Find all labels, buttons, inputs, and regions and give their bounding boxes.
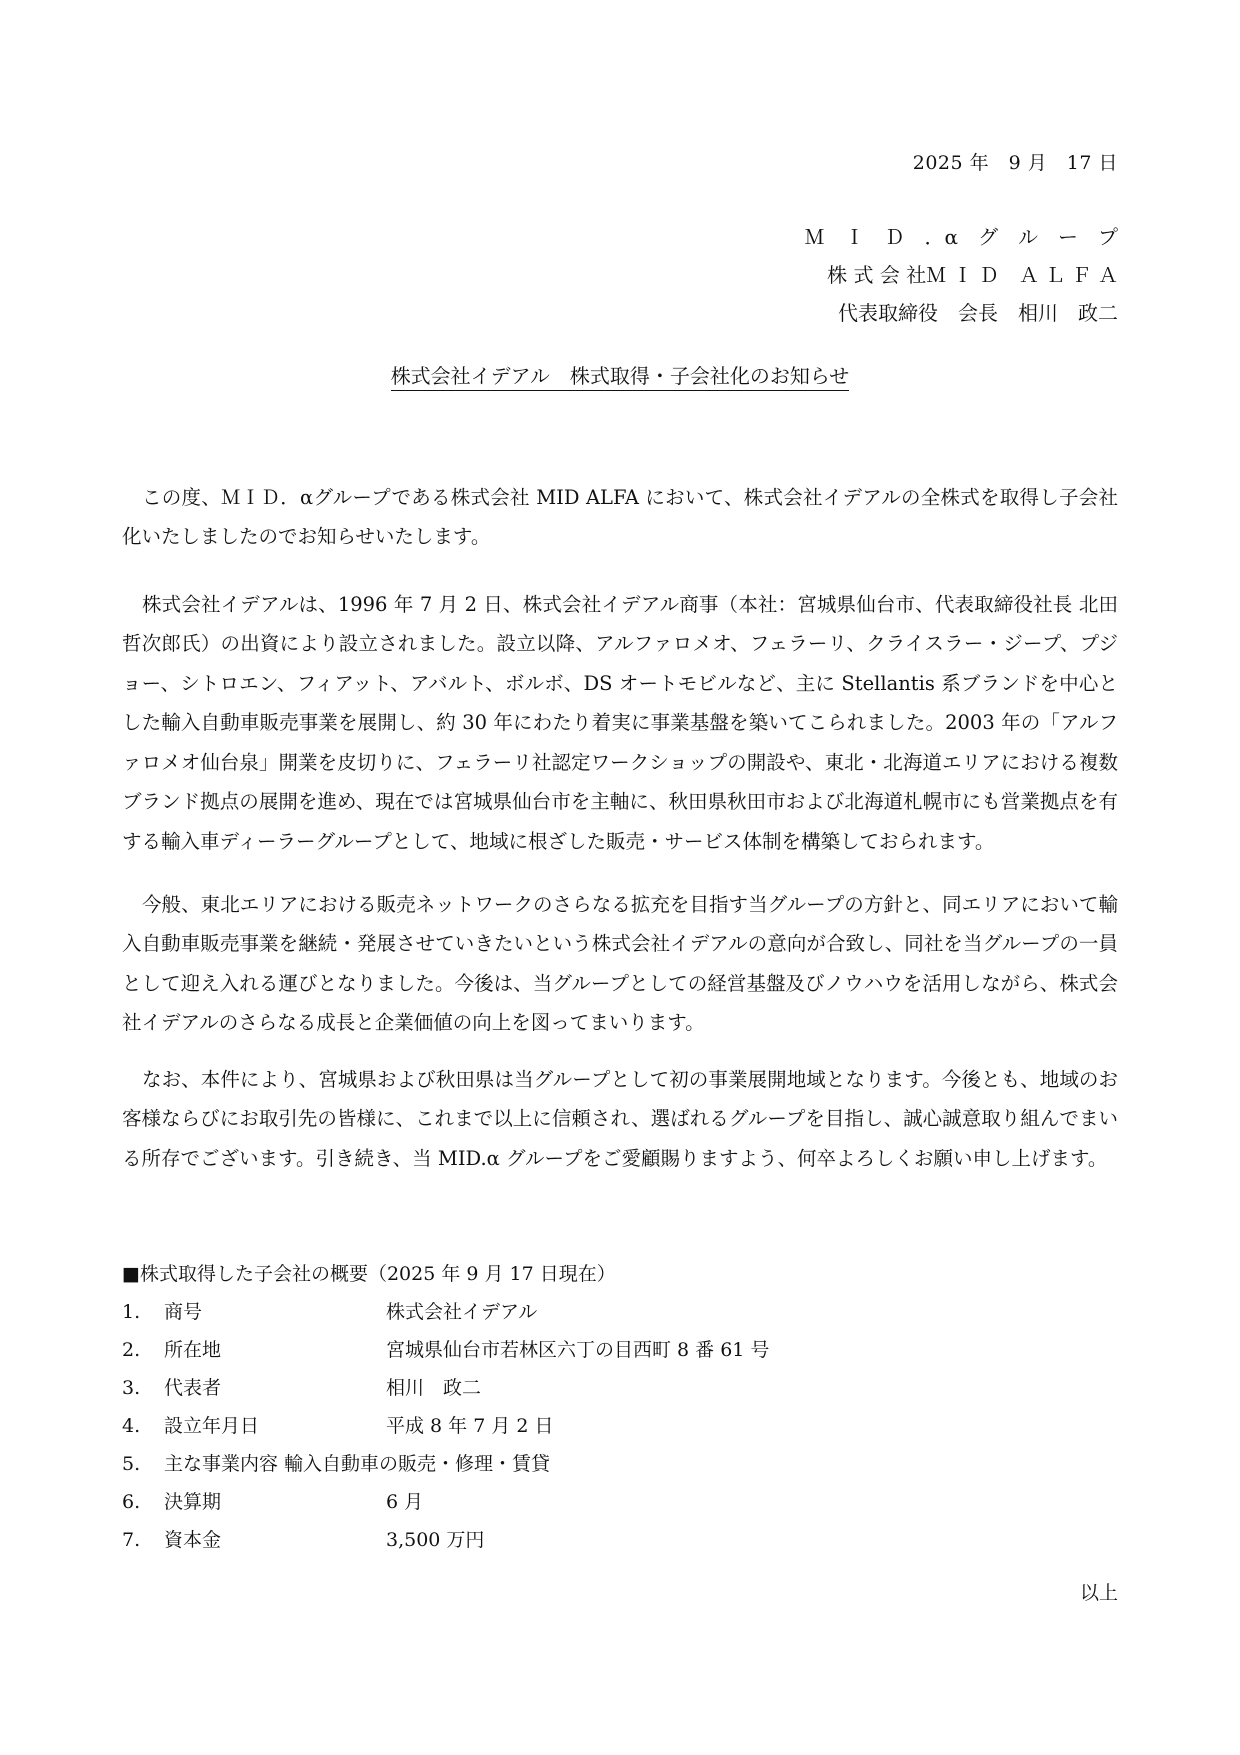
summary-row-label: 商号 bbox=[164, 1293, 386, 1331]
summary-row-representative: 3. 代表者 相川 政二 bbox=[122, 1369, 822, 1407]
summary-heading: ■株式取得した子会社の概要（2025 年 9 月 17 日現在） bbox=[122, 1255, 822, 1293]
document-date: 2025 年 9 月 17 日 bbox=[913, 148, 1118, 175]
summary-row-label: 代表者 bbox=[164, 1369, 386, 1407]
closing-mark: 以上 bbox=[1080, 1578, 1118, 1605]
summary-row-label: 決算期 bbox=[164, 1483, 386, 1521]
sender-group: Ｍ Ｉ Ｄ ．α グ ル ー プ bbox=[804, 218, 1118, 256]
summary-row-number: 7. bbox=[122, 1521, 164, 1559]
document-title-wrap: 株式会社イデアル 株式取得・子会社化のお知らせ bbox=[0, 360, 1240, 389]
summary-row-number: 1. bbox=[122, 1293, 164, 1331]
paragraph-closing-remarks: なお、本件により、宮城県および秋田県は当グループとして初の事業展開地域となります… bbox=[122, 1060, 1118, 1179]
sender-representative: 代表取締役 会長 相川 政二 bbox=[804, 294, 1118, 332]
summary-row-label: 主な事業内容 bbox=[164, 1445, 278, 1483]
summary-row-fiscal-period: 6. 決算期 6 月 bbox=[122, 1483, 822, 1521]
document-title: 株式会社イデアル 株式取得・子会社化のお知らせ bbox=[391, 364, 850, 391]
summary-row-number: 5. bbox=[122, 1445, 164, 1483]
summary-row-value: 宮城県仙台市若林区六丁の目西町 8 番 61 号 bbox=[386, 1331, 769, 1369]
summary-row-value: 平成 8 年 7 月 2 日 bbox=[386, 1407, 554, 1445]
subsidiary-summary: ■株式取得した子会社の概要（2025 年 9 月 17 日現在） 1. 商号 株… bbox=[122, 1255, 822, 1559]
summary-row-number: 3. bbox=[122, 1369, 164, 1407]
summary-row-value: 相川 政二 bbox=[386, 1369, 481, 1407]
summary-row-value: 3,500 万円 bbox=[386, 1521, 484, 1559]
sender-company: 株 式 会 社Ｍ Ｉ Ｄ Ａ Ｌ Ｆ Ａ bbox=[804, 256, 1118, 294]
summary-row-address: 2. 所在地 宮城県仙台市若林区六丁の目西町 8 番 61 号 bbox=[122, 1331, 822, 1369]
summary-row-value: 6 月 bbox=[386, 1483, 423, 1521]
document-page: 2025 年 9 月 17 日 Ｍ Ｉ Ｄ ．α グ ル ー プ 株 式 会 社… bbox=[0, 0, 1240, 1755]
summary-row-number: 2. bbox=[122, 1331, 164, 1369]
paragraph-intro: この度、ＭＩＤ．αグループである株式会社 MID ALFA において、株式会社イ… bbox=[122, 478, 1118, 557]
summary-row-number: 4. bbox=[122, 1407, 164, 1445]
summary-row-label: 設立年月日 bbox=[164, 1407, 386, 1445]
paragraph-rationale: 今般、東北エリアにおける販売ネットワークのさらなる拡充を目指す当グループの方針と… bbox=[122, 885, 1118, 1043]
summary-row-number: 6. bbox=[122, 1483, 164, 1521]
summary-row-established: 4. 設立年月日 平成 8 年 7 月 2 日 bbox=[122, 1407, 822, 1445]
summary-row-capital: 7. 資本金 3,500 万円 bbox=[122, 1521, 822, 1559]
paragraph-company-history: 株式会社イデアルは、1996 年 7 月 2 日、株式会社イデアル商事（本社：宮… bbox=[122, 585, 1118, 862]
summary-row-label: 資本金 bbox=[164, 1521, 386, 1559]
summary-row-business: 5. 主な事業内容 輸入自動車の販売・修理・賃貸 bbox=[122, 1445, 822, 1483]
summary-row-trade-name: 1. 商号 株式会社イデアル bbox=[122, 1293, 822, 1331]
summary-row-value: 輸入自動車の販売・修理・賃貸 bbox=[284, 1445, 550, 1483]
summary-row-value: 株式会社イデアル bbox=[386, 1293, 537, 1331]
summary-row-label: 所在地 bbox=[164, 1331, 386, 1369]
sender-block: Ｍ Ｉ Ｄ ．α グ ル ー プ 株 式 会 社Ｍ Ｉ Ｄ Ａ Ｌ Ｆ Ａ 代表… bbox=[804, 218, 1118, 332]
